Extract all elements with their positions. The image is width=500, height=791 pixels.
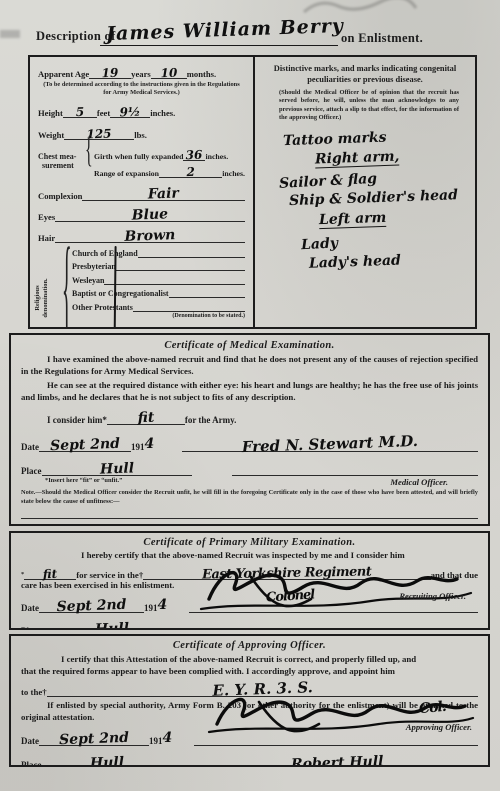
religion-row-field: [133, 311, 245, 312]
age-years-field: 19: [89, 64, 131, 79]
height-inches-unit: inches.: [150, 108, 175, 118]
chest-brace: {: [85, 130, 93, 173]
place-label: Place: [21, 626, 42, 630]
physical-description-pane: Apparent Age 19 years 10 months. (To be …: [30, 57, 255, 327]
appointed-prefix: to the†: [21, 687, 47, 697]
marks-heading: Distinctive marks, and marks indicating …: [265, 64, 465, 86]
approving-second-signature: Robert Hull: [195, 751, 478, 767]
weight-label: Weight: [38, 130, 64, 140]
height-row: Height 5 feet 9½ inches.: [38, 103, 245, 118]
consider-row: I consider him* fit for the Army.: [21, 408, 321, 425]
marks-line: Ship & Soldier's head: [289, 187, 465, 209]
chest-girth-unit: inches.: [205, 152, 228, 161]
date-value: Sept 2nd: [39, 436, 132, 455]
consider-suffix: for the Army.: [185, 415, 237, 425]
name-underline: [100, 45, 338, 46]
complexion-value: Fair: [82, 183, 245, 205]
hair-label: Hair: [38, 233, 55, 243]
religion-catholic-field: yes: [128, 322, 245, 329]
chest-label: Chest mea- surement: [38, 152, 76, 170]
height-feet-value: 5: [63, 104, 97, 119]
medical-place-row: Place Hull: [21, 459, 478, 476]
eyes-field: Blue: [55, 205, 245, 222]
header-prefix: Description of: [36, 29, 116, 44]
marks-line: Tattoo marks: [283, 127, 465, 149]
religion-side-label: Religious denomination.: [34, 266, 51, 329]
complexion-field: Fair: [82, 184, 245, 201]
date-label: Date: [21, 442, 39, 452]
age-months-unit: months.: [187, 69, 216, 79]
primary-fit-value: fit: [24, 566, 76, 582]
year-digit: 4: [145, 436, 155, 452]
religion-row-label: Church of England: [72, 249, 138, 258]
marks-line: Left arm: [319, 210, 387, 229]
primary-body-1: I hereby certify that the above-named Re…: [21, 550, 478, 562]
place-field: Hull: [42, 459, 192, 476]
appointed-field: E. Y. R. 3. S.: [47, 678, 478, 697]
hair-field: Brown: [55, 226, 245, 243]
chest-label-1: Chest mea-: [38, 152, 76, 161]
chest-measurement-group: Chest mea- surement { Girth when fully e…: [38, 146, 245, 180]
date-field: Sept 2nd: [39, 435, 131, 452]
medical-note: Note.—Should the Medical Officer conside…: [21, 489, 478, 506]
medical-para1: I have examined the above-named recruit …: [21, 354, 478, 377]
chest-range-field: 2: [159, 163, 222, 178]
appointed-row: to the† E. Y. R. 3. S.: [21, 678, 478, 697]
height-feet-unit: feet: [97, 108, 110, 118]
religion-row-field: [116, 270, 245, 271]
approving-place-row: Place Hull Robert Hull: [21, 753, 478, 767]
primary-place-row: Place Hull: [21, 619, 478, 630]
marks-note: (Should the Medical Officer be of opinio…: [265, 89, 465, 122]
height-label: Height: [38, 108, 63, 118]
approving-para1-1: I certify that this Attestation of the a…: [21, 654, 478, 666]
year-printed: 191: [149, 736, 163, 746]
place-label: Place: [21, 760, 42, 767]
primary-certificate-box: Certificate of Primary Military Examinat…: [9, 531, 490, 630]
age-months-value: 10: [151, 65, 187, 80]
medical-officer-line: [232, 475, 479, 476]
primary-title: Certificate of Primary Military Examinat…: [21, 537, 478, 548]
medical-officer-signature: Fred N. Stewart M.D.: [182, 430, 478, 458]
religion-value: yes: [128, 322, 246, 329]
chest-range-value: 2: [159, 164, 223, 180]
apparent-age-label: Apparent Age: [38, 69, 89, 79]
religion-row-label: Baptist or Congregationalist: [72, 289, 169, 298]
form-header: Description of James William Berry on En…: [0, 18, 500, 52]
medical-para2: He can see at the required distance with…: [21, 380, 478, 403]
fit-field: fit: [107, 408, 185, 425]
date-field: Sept 2nd: [39, 729, 149, 746]
chest-girth-row: Girth when fully expanded 36 inches.: [94, 146, 245, 161]
primary-fit-field: fit: [24, 565, 76, 580]
approving-certificate-box: Certificate of Approving Officer. I cert…: [9, 634, 490, 767]
date-label: Date: [21, 603, 39, 613]
ruled-line: [21, 518, 478, 519]
age-months-field: 10: [151, 64, 187, 79]
marks-heading-2: peculiarities or previous disease.: [307, 75, 423, 84]
fit-value: fit: [107, 409, 186, 428]
religion-row-field: [104, 284, 245, 285]
eyes-row: Eyes Blue: [38, 205, 245, 222]
regiment-field: East Yorkshire Regiment: [143, 564, 430, 580]
place-label: Place: [21, 466, 42, 476]
approving-officer-line: Robert Hull: [196, 753, 479, 767]
apparent-age-row: Apparent Age 19 years 10 months.: [38, 64, 245, 79]
religion-row-field: [169, 297, 245, 298]
date-value: Sept 2nd: [39, 596, 144, 616]
complexion-row: Complexion Fair: [38, 184, 245, 201]
place-value: Hull: [41, 753, 171, 767]
marks-handwritten-list: Tattoo marks Right arm, Sailor & flag Sh…: [265, 130, 465, 269]
height-feet-field: 5: [63, 103, 97, 118]
religion-note: (Denomination to be stated.): [72, 313, 245, 321]
chest-girth-field: 36: [183, 146, 205, 161]
date-field: Sept 2nd: [39, 596, 144, 613]
height-inches-value: 9½: [110, 104, 150, 119]
religion-row-label: Wesleyan: [72, 276, 104, 285]
chest-label-2: surement: [42, 161, 74, 170]
recruiting-signature-field: [189, 612, 478, 613]
distinctive-marks-pane: Distinctive marks, and marks indicating …: [255, 57, 475, 327]
primary-body-row: * fit for service in the† East Yorkshire…: [21, 564, 478, 580]
eyes-value: Blue: [55, 203, 245, 226]
approving-title: Certificate of Approving Officer.: [21, 640, 478, 651]
weight-row: Weight 125 lbs.: [38, 125, 245, 140]
eyes-label: Eyes: [38, 212, 55, 222]
weight-unit: lbs.: [134, 130, 147, 140]
chest-girth-label: Girth when fully expanded: [94, 152, 183, 161]
year-printed: 191: [131, 442, 145, 452]
description-box: Apparent Age 19 years 10 months. (To be …: [28, 55, 477, 329]
religion-brace: {: [62, 229, 72, 329]
recruit-name-handwritten: James William Berry: [106, 15, 345, 45]
weight-field: 125: [64, 125, 134, 140]
place-field: Hull: [42, 753, 172, 767]
chest-range-unit: inches.: [222, 169, 245, 178]
religion-group: Religious denomination. { Church of Engl…: [38, 248, 245, 329]
chest-girth-value: 36: [183, 147, 205, 162]
medical-date-row: Date Sept 2nd 191 4 Fred N. Stewart M.D.: [21, 433, 478, 452]
place-field: Hull: [42, 619, 182, 630]
age-years-unit: years: [131, 69, 151, 79]
chest-range-label: Range of expansion: [94, 169, 159, 178]
recruiting-officer-label: Recruiting Officer.: [399, 591, 466, 601]
chest-range-row: Range of expansion 2 inches.: [94, 163, 245, 178]
religion-row-field: [138, 257, 245, 258]
attestation-form-page: Description of James William Berry on En…: [0, 0, 500, 791]
date-value: Sept 2nd: [39, 730, 149, 750]
primary-body-3: and that due: [431, 570, 478, 580]
year-digit: 4: [158, 597, 168, 613]
religion-rows: Church of England Presbyterian Wesleyan …: [72, 248, 245, 329]
religion-row-label: Presbyterian: [72, 262, 116, 271]
medical-signature-field: Fred N. Stewart M.D.: [182, 433, 478, 452]
approving-officer-label: Approving Officer.: [406, 722, 472, 732]
hair-value: Brown: [55, 224, 245, 247]
marks-heading-1: Distinctive marks, and marks indicating …: [274, 64, 456, 73]
age-note: (To be determined according to the instr…: [38, 81, 245, 98]
date-label: Date: [21, 736, 39, 746]
approving-signature-field: [194, 745, 478, 746]
marks-line: Lady: [301, 229, 466, 254]
marks-line: Lady's head: [309, 250, 465, 271]
header-suffix: on Enlistment.: [341, 31, 423, 46]
year-digit: 4: [163, 730, 173, 746]
weight-value: 125: [64, 125, 134, 141]
age-years-value: 19: [89, 65, 131, 80]
consider-prefix: I consider him*: [21, 415, 107, 425]
complexion-label: Complexion: [38, 191, 82, 201]
primary-body-2: for service in the†: [76, 570, 143, 580]
marks-line: Right arm,: [315, 149, 400, 169]
height-inches-field: 9½: [110, 103, 150, 118]
medical-officer-label: Medical Officer.: [390, 477, 448, 487]
religion-row-label: Other Protestants: [72, 303, 133, 312]
medical-footnote-row: *Insert here “fit” or “unfit.” Medical O…: [21, 477, 478, 487]
year-printed: 191: [144, 603, 158, 613]
place-value: Hull: [41, 619, 181, 630]
medical-certificate-box: Certificate of Medical Examination. I ha…: [9, 333, 490, 526]
medical-title: Certificate of Medical Examination.: [21, 340, 478, 351]
approving-officer-signature-text: Col.: [418, 699, 446, 717]
